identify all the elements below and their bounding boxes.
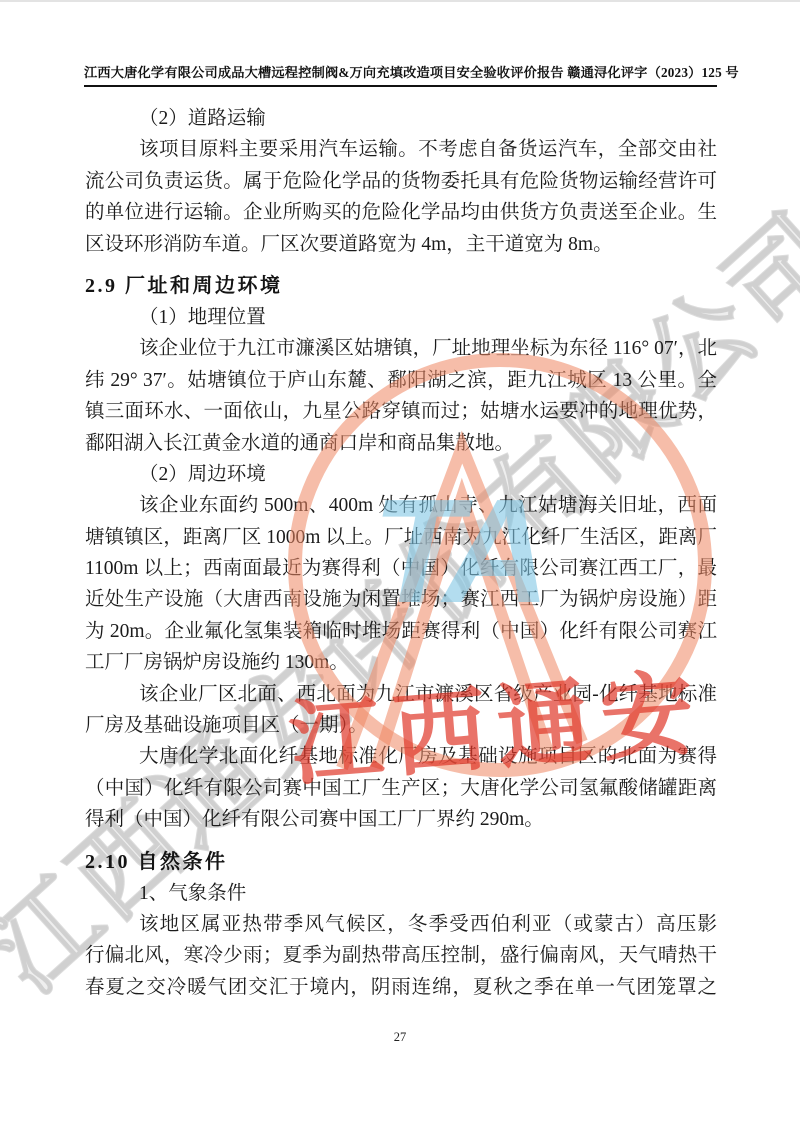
page-header: 江西大唐化学有限公司成品大槽远程控制阀&万向充填改造项目安全验收评价报告 赣通浔… [84, 62, 717, 87]
text-line: 的单位进行运输。企业所购买的危险化学品均由供货方负责送至企业。生产 [85, 197, 717, 228]
text-line: （1）地理位置 [85, 302, 717, 333]
scan-edge [0, 0, 800, 2]
text-line: 该地区属亚热带季风气候区，冬季受西伯利亚（或蒙古）高压影响，盛 [85, 909, 717, 940]
text-line: （中国）化纤有限公司赛中国工厂生产区；大唐化学公司氢氟酸储罐距离赛 [85, 773, 717, 804]
text-line: 春夏之交冷暖气团交汇于境内，阴雨连绵，夏秋之季在单一气团笼罩之时， [85, 972, 717, 1003]
text-line: （2）周边环境 [85, 459, 717, 490]
text-line: 得利（中国）化纤有限公司赛中国工厂厂界约 290m。 [85, 804, 717, 835]
text-line: 流公司负责运货。属于危险化学品的货物委托具有危险货物运输经营许可证 [85, 166, 717, 197]
text-line: 近处生产设施（大唐西南设施为闲置堆场；赛江西工厂为锅炉房设施）距离 [85, 584, 717, 615]
text-line: 1100m 以上；西南面最近为赛得利（中国）化纤有限公司赛江西工厂，最 [85, 553, 717, 584]
text-line: 1、气象条件 [85, 878, 717, 909]
document-body: （2）道路运输该项目原料主要采用汽车运输。不考虑自备货运汽车，全部交由社会物流公… [85, 103, 717, 1003]
section-heading: 2.10 自然条件 [85, 846, 717, 878]
text-line: 镇三面环水、一面依山，九星公路穿镇而过；姑塘水运要冲的地理优势，为 [85, 396, 717, 427]
text-line: 为 20m。企业氟化氢集装箱临时堆场距赛得利（中国）化纤有限公司赛江西 [85, 616, 717, 647]
text-line: （2）道路运输 [85, 103, 717, 134]
document-page: 江西通安评价有限公司 江西大唐化学有限公司成品大槽远程控制阀&万向充填改造项目安… [0, 0, 800, 1131]
text-line: 该企业东面约 500m、400m 处有孤山寺、九江姑塘海关旧址，西面为姑 [85, 490, 717, 521]
text-line: 工厂厂房锅炉房设施约 130m。 [85, 647, 717, 678]
text-line: 塘镇镇区，距离厂区 1000m 以上。厂址西南为九江化纤厂生活区，距离厂区 [85, 522, 717, 553]
text-line: 大唐化学北面化纤基地标准化厂房及基础设施项目区的北面为赛得利 [85, 741, 717, 772]
section-heading: 2.9 厂址和周边环境 [85, 270, 717, 302]
text-line: 区设环形消防车道。厂区次要道路宽为 4m，主干道宽为 8m。 [85, 229, 717, 260]
text-line: 该企业位于九江市濂溪区姑塘镇，厂址地理坐标为东径 116° 07′，北 [85, 333, 717, 364]
text-line: 行偏北风，寒冷少雨；夏季为副热带高压控制，盛行偏南风，天气晴热干燥； [85, 940, 717, 971]
text-line: 该项目原料主要采用汽车运输。不考虑自备货运汽车，全部交由社会物 [85, 134, 717, 165]
page-number: 27 [0, 1030, 800, 1045]
text-line: 鄱阳湖入长江黄金水道的通商口岸和商品集散地。 [85, 428, 717, 459]
text-line: 纬 29° 37′。姑塘镇位于庐山东麓、鄱阳湖之滨，距九江城区 13 公里。全 [85, 365, 717, 396]
text-line: 该企业厂区北面、西北面为九江市濂溪区省级产业园-化纤基地标准化 [85, 679, 717, 710]
text-line: 厂房及基础设施项目区（一期）。 [85, 710, 717, 741]
